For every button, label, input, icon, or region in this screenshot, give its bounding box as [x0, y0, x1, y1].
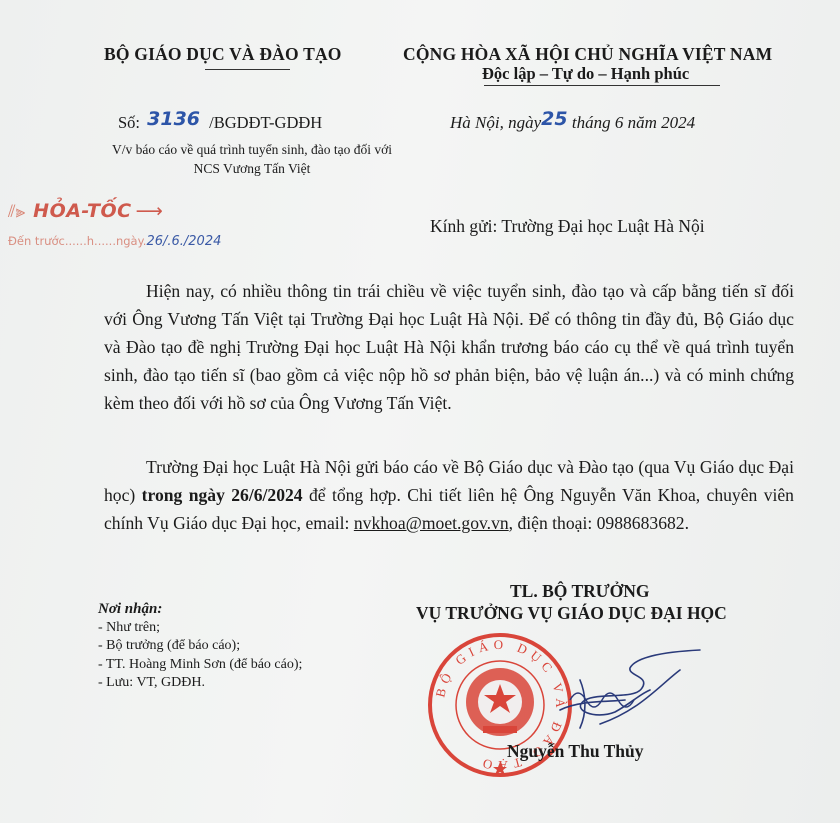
cc-item: - Lưu: VT, GDĐH. [98, 674, 302, 693]
cc-title: Nơi nhận: [98, 600, 302, 619]
cc-item: - TT. Hoàng Minh Sơn (để báo cáo); [98, 656, 302, 675]
paragraph-2-text-end: , điện thoại: 0988683682. [509, 513, 689, 533]
issuing-agency: BỘ GIÁO DỤC VÀ ĐÀO TẠO [104, 44, 342, 65]
document-number-suffix: /BGDĐT-GDĐH [209, 113, 322, 132]
place-date: Hà Nội, ngày25 tháng 6 năm 2024 [450, 111, 695, 133]
agency-underline [205, 69, 290, 70]
national-motto: Độc lập – Tự do – Hạnh phúc [482, 64, 689, 84]
signatory-title-1: TL. BỘ TRƯỞNG [510, 581, 650, 602]
document-number-prefix: Số: [118, 113, 140, 132]
deadline-prefix: Đến trước......h......ngày. [8, 234, 146, 248]
deadline-emphasis: trong ngày 26/6/2024 [142, 485, 303, 505]
national-title: CỘNG HÒA XÃ HỘI CHỦ NGHĨA VIỆT NAM [403, 44, 772, 65]
arrow-fletching-icon: ⫽⫸ [8, 202, 25, 222]
cc-list: Nơi nhận: - Như trên; - Bộ trưởng (để bá… [98, 600, 302, 693]
paragraph-1-text: Hiện nay, có nhiều thông tin trái chiều … [104, 281, 794, 413]
handwritten-day: 25 [541, 108, 567, 130]
signer-name: Nguyễn Thu Thủy [507, 741, 644, 762]
motto-underline [484, 85, 720, 86]
urgent-label: HỎA-TỐC [33, 200, 131, 222]
signatory-title-2: VỤ TRƯỞNG VỤ GIÁO DỤC ĐẠI HỌC [416, 603, 727, 624]
document-subject: V/v báo cáo về quá trình tuyển sinh, đào… [107, 140, 397, 178]
contact-email-link[interactable]: nvkhoa@moet.gov.vn [354, 513, 509, 533]
place-date-prefix: Hà Nội, ngày [450, 113, 541, 132]
body-paragraph-1: Hiện nay, có nhiều thông tin trái chiều … [104, 277, 794, 417]
handwritten-signature-icon [540, 630, 740, 750]
handwritten-deadline: 26/.6./2024 [146, 234, 221, 249]
body-paragraph-2: Trường Đại học Luật Hà Nội gửi báo cáo v… [104, 453, 794, 537]
document-number: Số: 3136 /BGDĐT-GDĐH [118, 111, 322, 133]
place-date-suffix: tháng 6 năm 2024 [568, 113, 696, 132]
handwritten-number: 3136 [147, 108, 200, 130]
cc-item: - Bộ trưởng (để báo cáo); [98, 637, 302, 656]
cc-item: - Như trên; [98, 619, 302, 638]
official-letter: BỘ GIÁO DỤC VÀ ĐÀO TẠO CỘNG HÒA XÃ HỘI C… [0, 0, 840, 823]
urgent-stamp: ⫽⫸ HỎA-TỐC ⟶ [8, 200, 163, 222]
urgent-deadline: Đến trước......h......ngày.26/.6./2024 [8, 234, 221, 249]
arrow-right-icon: ⟶ [136, 200, 163, 222]
recipient: Kính gửi: Trường Đại học Luật Hà Nội [430, 216, 705, 237]
